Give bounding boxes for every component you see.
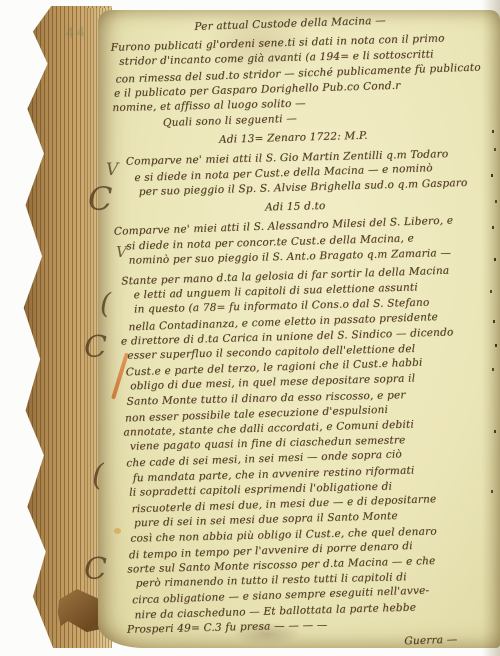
margin-flourish-mark: C bbox=[84, 330, 107, 365]
gutter-speckles bbox=[492, 130, 494, 133]
margin-flourish-mark: ( bbox=[100, 287, 111, 320]
margin-flourish-mark: V bbox=[116, 243, 127, 261]
gutter-shadow bbox=[482, 0, 500, 656]
margin-flourish-mark: ( bbox=[92, 458, 104, 493]
margin-flourish-mark: V bbox=[106, 160, 118, 180]
folio-number-stamp: 44 bbox=[66, 25, 88, 41]
manuscript-photo: 44 Per attual Custode della Macina —Furo… bbox=[0, 0, 500, 656]
handwritten-text: Per attual Custode della Macina —Furono … bbox=[104, 12, 494, 656]
margin-flourish-mark: C bbox=[88, 180, 112, 218]
margin-flourish-mark: C bbox=[84, 552, 107, 587]
